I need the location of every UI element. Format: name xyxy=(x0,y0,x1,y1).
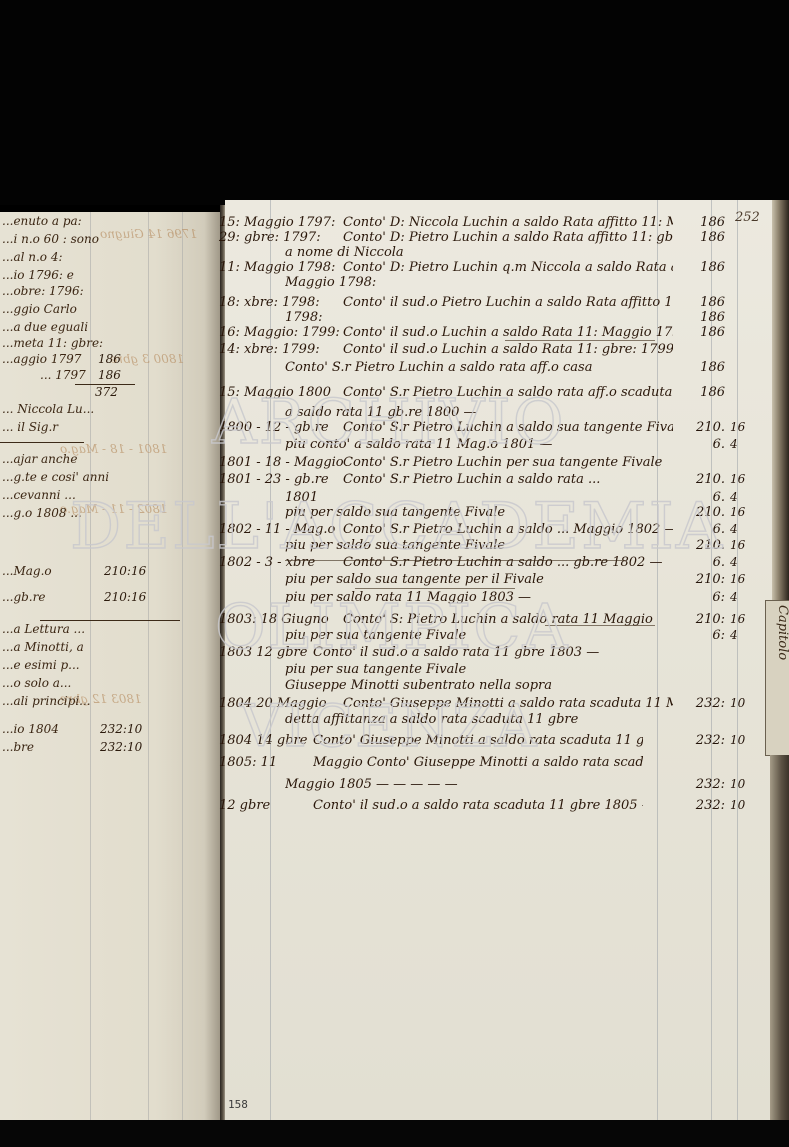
entry-description: piu per saldo sua tangente per il Fivale xyxy=(285,572,544,587)
entry-date: 14: xbre: 1799: xyxy=(219,342,320,357)
entry-amount: 186 xyxy=(665,260,725,275)
ledger-rule xyxy=(505,340,655,341)
entry-amount: 186 xyxy=(665,295,725,310)
entry-description: Conto' D: Pietro Luchin q.m Niccola a sa… xyxy=(343,260,673,275)
archive-stamp: 158 xyxy=(228,1098,248,1111)
left-amount: 186 xyxy=(98,352,121,366)
entry-amount: 210. xyxy=(665,538,725,553)
entry-amount: 210. xyxy=(665,472,725,487)
entry-description: Conto' S.r Pietro Luchin a saldo ... gb.… xyxy=(343,555,662,570)
entry-date: 1804 14 gbre xyxy=(219,733,307,748)
scan-background-top xyxy=(0,0,789,205)
entry-date: 11: Maggio 1798: xyxy=(219,260,335,275)
divider-line xyxy=(40,620,180,621)
left-amount: 210:16 xyxy=(104,564,146,578)
entry-amount: 6: xyxy=(665,590,725,605)
left-line: ...io 1804 xyxy=(2,722,59,736)
left-line: ...enuto a pa: xyxy=(2,214,82,228)
entry-amount: 186 xyxy=(665,360,725,375)
entry-amount: 232: xyxy=(665,696,725,711)
entry-date: 15: Maggio 1800 xyxy=(219,385,331,400)
page-stack xyxy=(770,755,789,1120)
right-page: 252 15: Maggio 1797:Conto' D: Niccola Lu… xyxy=(225,200,777,1120)
entry-description: a saldo rata 11 gb.re 1800 — xyxy=(285,405,477,420)
entry-soldi: 4 xyxy=(730,555,760,569)
entry-description: piu per saldo rata 11 Maggio 1803 — xyxy=(285,590,531,605)
entry-description: Conto' S.r Pietro Luchin a saldo rata af… xyxy=(285,360,592,375)
divider-line xyxy=(0,442,84,443)
left-line: ...ggio Carlo xyxy=(2,302,77,316)
entry-amount: 6. xyxy=(665,490,725,505)
entry-date: 12 gbre xyxy=(219,798,270,813)
left-line: ...aggio 1797 xyxy=(2,352,81,366)
left-line: ...gb.re xyxy=(2,590,45,604)
entry-amount: 210: xyxy=(665,612,725,627)
entry-amount: 186 xyxy=(665,230,725,245)
left-line: ...cevanni ... xyxy=(2,488,76,502)
entry-description: Conto' D: Niccola Luchin a saldo Rata af… xyxy=(343,215,673,230)
left-line: ...io 1796: e xyxy=(2,268,74,282)
entry-description: piu per sua tangente Fivale xyxy=(285,628,466,643)
entry-date: 16: Maggio: 1799: xyxy=(219,325,340,340)
ruling-line xyxy=(148,212,149,1124)
index-tab: Capitolo xyxy=(765,600,789,756)
entry-description: Conto' il sud.o Pietro Luchin a saldo Ra… xyxy=(343,295,673,310)
left-line: ...ali principi... xyxy=(2,694,91,708)
entry-description: Conto' S.r Pietro Luchin a saldo ... Mag… xyxy=(343,522,673,537)
entry-soldi: 16 xyxy=(730,538,760,552)
ledger-rule xyxy=(285,560,625,561)
entry-date: 1803: 18 Giugno xyxy=(219,612,329,627)
entry-description: a nome di Niccola xyxy=(285,245,404,260)
left-line: ...g.te e cosi' anni xyxy=(2,470,109,484)
entry-amount: 6: xyxy=(665,628,725,643)
entry-date: 1802 - 11 - Mag.o xyxy=(219,522,335,537)
entry-description: Conto' Giuseppe Minotti a saldo rata sca… xyxy=(313,733,643,748)
left-line: ...Mag.o xyxy=(2,564,52,578)
entry-soldi: 4 xyxy=(730,628,760,642)
entry-description: Conto' il sud.o Luchin a saldo Rata 11: … xyxy=(343,325,673,340)
left-total: 372 xyxy=(95,385,118,399)
entry-date: 1805: 11 xyxy=(219,755,277,770)
entry-description: piu conto' a saldo rata 11 Mag.o 1801 — xyxy=(285,437,552,452)
entry-date: 1804 20 Maggio xyxy=(219,696,327,711)
left-line: ...al n.o 4: xyxy=(2,250,63,264)
left-line: ...obre: 1796: xyxy=(2,284,84,298)
entry-soldi: 10 xyxy=(730,798,760,812)
folio-number: 252 xyxy=(735,210,760,225)
entry-date: 15: Maggio 1797: xyxy=(219,215,335,230)
left-line: ...bre xyxy=(2,740,34,754)
entry-amount: 186 xyxy=(665,325,725,340)
entry-soldi: 16 xyxy=(730,472,760,486)
entry-description: Conto' Giuseppe Minotti a saldo rata sca… xyxy=(343,696,673,711)
ruling-line xyxy=(182,212,183,1124)
ledger-rule xyxy=(355,588,515,589)
entry-amount: 232: xyxy=(665,777,725,792)
entry-description: piu per saldo sua tangente Fivale xyxy=(285,505,505,520)
entry-description: 1801 xyxy=(285,490,318,505)
left-line: ...meta 11: gbre: xyxy=(2,336,103,350)
entry-amount: 210. xyxy=(665,505,725,520)
entry-description: Conto' il sud.o Luchin a saldo Rata 11: … xyxy=(343,342,673,357)
entry-date: 1800 - 12 - gb.re xyxy=(219,420,329,435)
entry-date: 1803 12 gbre xyxy=(219,645,307,660)
entry-date: 18: xbre: 1798: xyxy=(219,295,320,310)
entry-amount: 186 xyxy=(665,215,725,230)
entry-description: Conto' S.r Pietro Luchin a saldo rata ..… xyxy=(343,472,600,487)
left-line: ...o solo a... xyxy=(2,676,71,690)
entry-description: Maggio 1798: xyxy=(285,275,376,290)
entry-description: Conto' il sud.o a saldo rata 11 gbre 180… xyxy=(313,645,599,660)
scan-background-bottom xyxy=(0,1120,789,1147)
entry-description: Conto' S.r Pietro Luchin a saldo sua tan… xyxy=(343,420,673,435)
left-line: ...a Minotti, a xyxy=(2,640,84,654)
left-amount: 210:16 xyxy=(104,590,146,604)
left-amount: 186 xyxy=(98,368,121,382)
left-line: ...a Lettura ... xyxy=(2,622,85,636)
entry-soldi: 4 xyxy=(730,522,760,536)
entry-amount: 6. xyxy=(665,437,725,452)
entry-description: piu per saldo sua tangente Fivale xyxy=(285,538,505,553)
entry-amount: 232: xyxy=(665,798,725,813)
entry-amount: 210: xyxy=(665,572,725,587)
entry-soldi: 10 xyxy=(730,696,760,710)
entry-date: 1801 - 18 - Maggio xyxy=(219,455,344,470)
entry-description: piu per sua tangente Fivale xyxy=(285,662,466,677)
left-amount: 232:10 xyxy=(100,740,142,754)
entry-soldi: 4 xyxy=(730,490,760,504)
left-line: ...e esimi p... xyxy=(2,658,80,672)
left-line: ...a due eguali xyxy=(2,320,88,334)
entry-soldi: 10 xyxy=(730,733,760,747)
left-page: 1796 14 Giugno 1800 3 gbre 1801 - 18 - M… xyxy=(0,212,222,1124)
entry-description: detta affittanza a saldo rata scaduta 11… xyxy=(285,712,578,727)
entry-amount: 6. xyxy=(665,522,725,537)
entry-soldi: 4 xyxy=(730,590,760,604)
left-line: ... Niccola Lu... xyxy=(2,402,94,416)
entry-description: Giuseppe Minotti subentrato nella sopra xyxy=(285,678,552,693)
entry-soldi: 16 xyxy=(730,572,760,586)
left-amount: 232:10 xyxy=(100,722,142,736)
left-line: ... 1797 xyxy=(40,368,86,382)
entry-amount: 232: xyxy=(665,733,725,748)
left-line: ... il Sig.r xyxy=(2,420,58,434)
entry-date: 1802 - 3 - xbre xyxy=(219,555,315,570)
entry-date: 29: gbre: 1797: xyxy=(219,230,321,245)
ledger-rule xyxy=(545,625,655,626)
entry-soldi: 16 xyxy=(730,612,760,626)
entry-soldi: 10 xyxy=(730,777,760,791)
entry-description: Conto' D: Pietro Luchin a saldo Rata aff… xyxy=(343,230,673,245)
left-line: ...i n.o 60 : sono xyxy=(2,232,99,246)
entry-soldi: 16 xyxy=(730,505,760,519)
entry-soldi: 4 xyxy=(730,437,760,451)
entry-amount: 6. xyxy=(665,555,725,570)
entry-amount: 186 xyxy=(665,385,725,400)
entry-description: Conto' S.r Pietro Luchin a saldo rata af… xyxy=(343,385,673,400)
entry-description: Conto' S.r Pietro Luchin per sua tangent… xyxy=(343,455,662,470)
entry-amount: 210. xyxy=(665,420,725,435)
entry-description: 1798: xyxy=(285,310,322,325)
ruling-line xyxy=(737,200,738,1120)
entry-soldi: 16 xyxy=(730,420,760,434)
entry-amount: 186 xyxy=(665,310,725,325)
entry-description: Conto' il sud.o a saldo rata scaduta 11 … xyxy=(313,798,643,813)
entry-date: 1801 - 23 - gb.re xyxy=(219,472,329,487)
entry-description: Maggio Conto' Giuseppe Minotti a saldo r… xyxy=(313,755,643,770)
left-line: ...g.o 1808 ... xyxy=(2,506,82,520)
left-line: ...ajar anche xyxy=(2,452,77,466)
entry-description: Maggio 1805 — — — — — xyxy=(285,777,458,792)
